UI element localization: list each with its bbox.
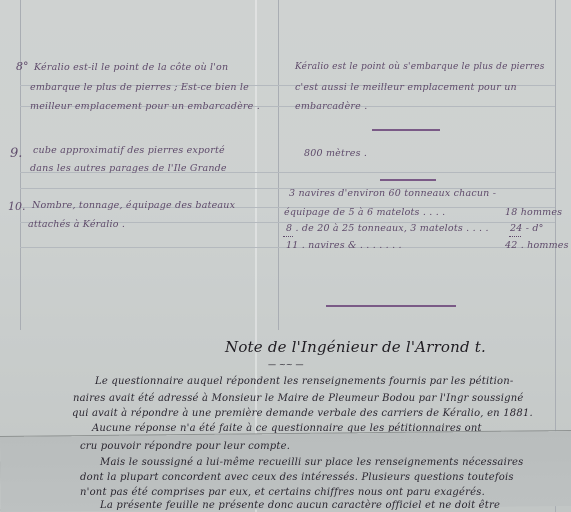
answer-10-row-value: 18 hommes xyxy=(505,207,562,218)
note-line: n'ont pas été comprises par eux, et cert… xyxy=(80,487,485,498)
answer-10-row-text: 8 . de 20 à 25 tonneaux, 3 matelots . . … xyxy=(286,223,489,234)
title-flourish: — ~~ — xyxy=(268,360,304,369)
note-line: cru pouvoir répondre pour leur compte. xyxy=(80,441,290,452)
answer-8-line: Kéralio est le point où s'embarque le pl… xyxy=(295,62,545,72)
answer-10-row-text: 3 navires d'environ 60 tonneaux chacun - xyxy=(289,188,496,199)
underline-mark xyxy=(283,236,293,237)
answer-10-row-value: 42 . hommes xyxy=(505,240,569,251)
note-line: Mais le soussigné a lui-même recueilli s… xyxy=(100,457,523,468)
question-number: 8° xyxy=(16,60,29,73)
note-line: Le questionnaire auquel répondent les re… xyxy=(95,376,513,387)
answer-8-line: c'est aussi le meilleur emplacement pour… xyxy=(295,82,517,93)
question-8-line: embarque le plus de pierres ; Est-ce bie… xyxy=(30,82,249,93)
question-9-line: dans les autres parages de l'Ile Grande xyxy=(30,163,227,174)
underline-mark xyxy=(509,236,521,237)
answer-8-line: embarcadère . xyxy=(295,101,367,112)
answer-9-line: 800 mètres . xyxy=(304,148,367,159)
question-10-line: attachés à Kéralio . xyxy=(28,219,125,230)
column-rule-center xyxy=(278,0,279,330)
note-line: dont la plupart concordent avec ceux des… xyxy=(80,472,514,483)
margin-rule-left xyxy=(20,0,21,330)
question-number: 9. xyxy=(10,146,22,161)
note-title: Note de l'Ingénieur de l'Arrond t. xyxy=(225,338,486,356)
question-8-line: Kéralio est-il le point de la côte où l'… xyxy=(34,62,228,73)
note-line: naires avait été adressé à Monsieur le M… xyxy=(73,393,524,404)
answer-10-row-text: 11 . navires & . . . . . . . xyxy=(286,240,402,251)
separator-bar xyxy=(380,179,436,181)
note-line: qui avait à répondre à une première dema… xyxy=(72,408,533,419)
question-8-line: meilleur emplacement pour un embarcadère… xyxy=(30,101,260,112)
document-page: 8° Kéralio est-il le point de la côte où… xyxy=(0,0,571,512)
note-line: La présente feuille ne présente donc auc… xyxy=(100,500,500,511)
answer-10-row-value: 24 - d° xyxy=(510,223,544,234)
question-9-line: cube approximatif des pierres exporté xyxy=(33,145,225,156)
section-divider-bar xyxy=(326,305,456,307)
separator-bar xyxy=(372,129,440,131)
question-10-line: Nombre, tonnage, équipage des bateaux xyxy=(32,200,235,211)
question-number: 10. xyxy=(8,200,26,213)
answer-10-row-text: équipage de 5 à 6 matelots . . . . xyxy=(284,207,445,218)
